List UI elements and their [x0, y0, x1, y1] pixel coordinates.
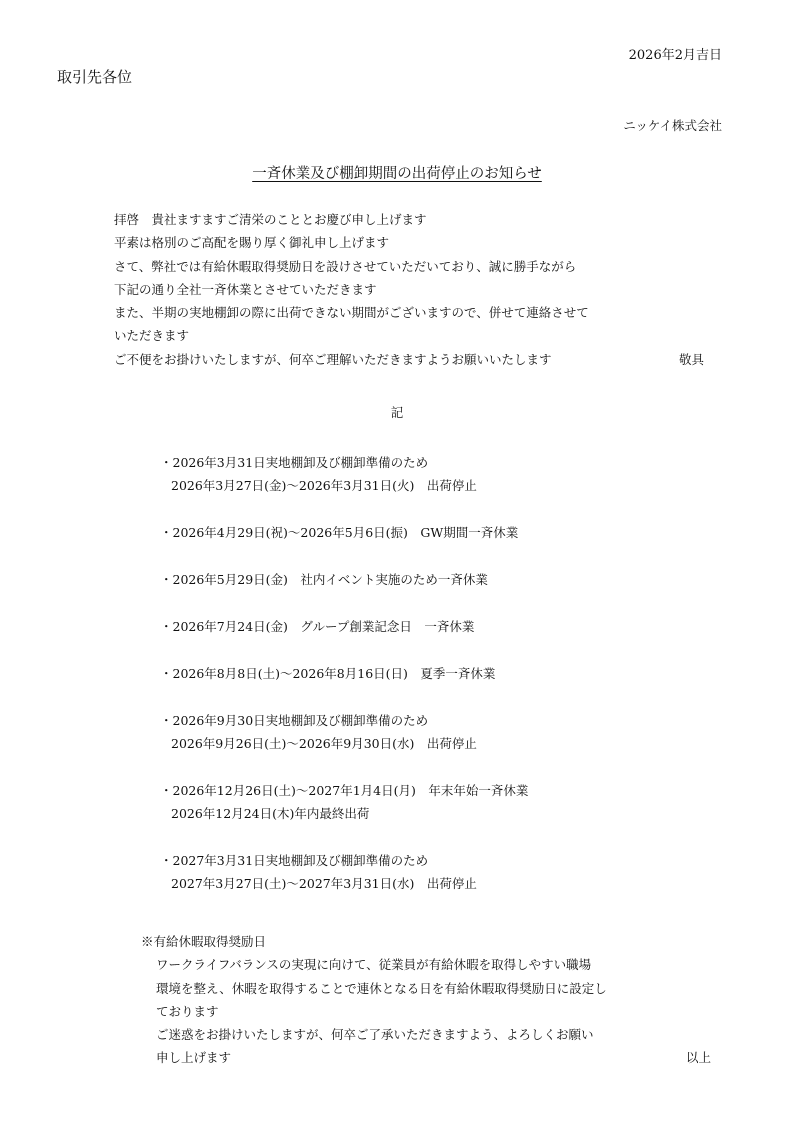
schedule-item: ・2026年4月29日(祝)～2026年5月6日(振) GW期間一斉休業 [160, 521, 528, 544]
note-line: 環境を整え、休暇を取得することで連休となる日を有給休暇取得奨励日に設定し [141, 977, 711, 1000]
note-line: ております [141, 1000, 711, 1023]
schedule-item-line2: 2026年3月27日(金)～2026年3月31日(火) 出荷停止 [160, 474, 528, 497]
note-section: ※有給休暇取得奨励日 ワークライフバランスの実現に向けて、従業員が有給休暇を取得… [141, 930, 711, 1070]
schedule-item-line1: ・2026年4月29日(祝)～2026年5月6日(振) GW期間一斉休業 [160, 521, 528, 544]
schedule-item: ・2026年5月29日(金) 社内イベント実施のため一斉休業 [160, 568, 528, 591]
body-line-last: ご不便をお掛けいたしますが、何卒ご理解いただきますようお願いいたします 敬具 [114, 348, 714, 371]
letter-body: 拝啓 貴社ますますご清栄のこととお慶び申し上げます 平素は格別のご高配を賜り厚く… [114, 208, 714, 371]
document-date: 2026年2月吉日 [629, 44, 722, 63]
body-line: 平素は格別のご高配を賜り厚く御礼申し上げます [114, 231, 714, 254]
note-line: ワークライフバランスの実現に向けて、従業員が有給休暇を取得しやすい職場 [141, 953, 711, 976]
schedule-item: ・2026年9月30日実地棚卸及び棚卸準備のため 2026年9月26日(土)～2… [160, 709, 528, 755]
sender-company: ニッケイ株式会社 [623, 116, 722, 134]
schedule-item: ・2026年3月31日実地棚卸及び棚卸準備のため 2026年3月27日(金)～2… [160, 451, 528, 497]
ki-heading: 記 [0, 403, 794, 421]
body-line: 下記の通り全社一斉休業とさせていただきます [114, 278, 714, 301]
body-line: さて、弊社では有給休暇取得奨励日を設けさせていただいており、誠に勝手ながら [114, 255, 714, 278]
body-line: ご不便をお掛けいたしますが、何卒ご理解いただきますようお願いいたします [114, 352, 552, 367]
schedule-item-line1: ・2027年3月31日実地棚卸及び棚卸準備のため [160, 849, 528, 872]
schedule-item: ・2027年3月31日実地棚卸及び棚卸準備のため 2027年3月27日(土)～2… [160, 849, 528, 895]
body-line: 拝啓 貴社ますますご清栄のこととお慶び申し上げます [114, 208, 714, 231]
schedule-item-line2: 2027年3月27日(土)～2027年3月31日(水) 出荷停止 [160, 872, 528, 895]
note-line-last: 申し上げます 以上 [141, 1046, 711, 1069]
document-title: 一斉休業及び棚卸期間の出荷停止のお知らせ [252, 166, 542, 182]
body-line: また、半期の実地棚卸の際に出荷できない期間がございますので、併せて連絡させて [114, 301, 714, 324]
recipient: 取引先各位 [57, 66, 132, 87]
schedule-item: ・2026年7月24日(金) グループ創業記念日 一斉休業 [160, 615, 528, 638]
closing-ijou: 以上 [686, 1046, 711, 1069]
note-heading: ※有給休暇取得奨励日 [141, 930, 711, 953]
schedule-item-line1: ・2026年5月29日(金) 社内イベント実施のため一斉休業 [160, 568, 528, 591]
schedule-item-line1: ・2026年7月24日(金) グループ創業記念日 一斉休業 [160, 615, 528, 638]
schedule-item-line1: ・2026年9月30日実地棚卸及び棚卸準備のため [160, 709, 528, 732]
schedule-item-line2: 2026年9月26日(土)～2026年9月30日(水) 出荷停止 [160, 732, 528, 755]
schedule-item-line2: 2026年12月24日(木)年内最終出荷 [160, 802, 528, 825]
document-title-wrap: 一斉休業及び棚卸期間の出荷停止のお知らせ [0, 162, 794, 183]
body-line: いただきます [114, 324, 714, 347]
closing-keigu: 敬具 [679, 348, 704, 371]
schedule-item: ・2026年8月8日(土)～2026年8月16日(日) 夏季一斉休業 [160, 662, 528, 685]
schedule-item-line1: ・2026年3月31日実地棚卸及び棚卸準備のため [160, 451, 528, 474]
schedule-item: ・2026年12月26日(土)～2027年1月4日(月) 年末年始一斉休業 20… [160, 779, 528, 825]
schedule-list: ・2026年3月31日実地棚卸及び棚卸準備のため 2026年3月27日(金)～2… [160, 451, 528, 895]
note-line: 申し上げます [156, 1050, 231, 1065]
schedule-item-line1: ・2026年8月8日(土)～2026年8月16日(日) 夏季一斉休業 [160, 662, 528, 685]
schedule-item-line1: ・2026年12月26日(土)～2027年1月4日(月) 年末年始一斉休業 [160, 779, 528, 802]
note-line: ご迷惑をお掛けいたしますが、何卒ご了承いただきますよう、よろしくお願い [141, 1023, 711, 1046]
